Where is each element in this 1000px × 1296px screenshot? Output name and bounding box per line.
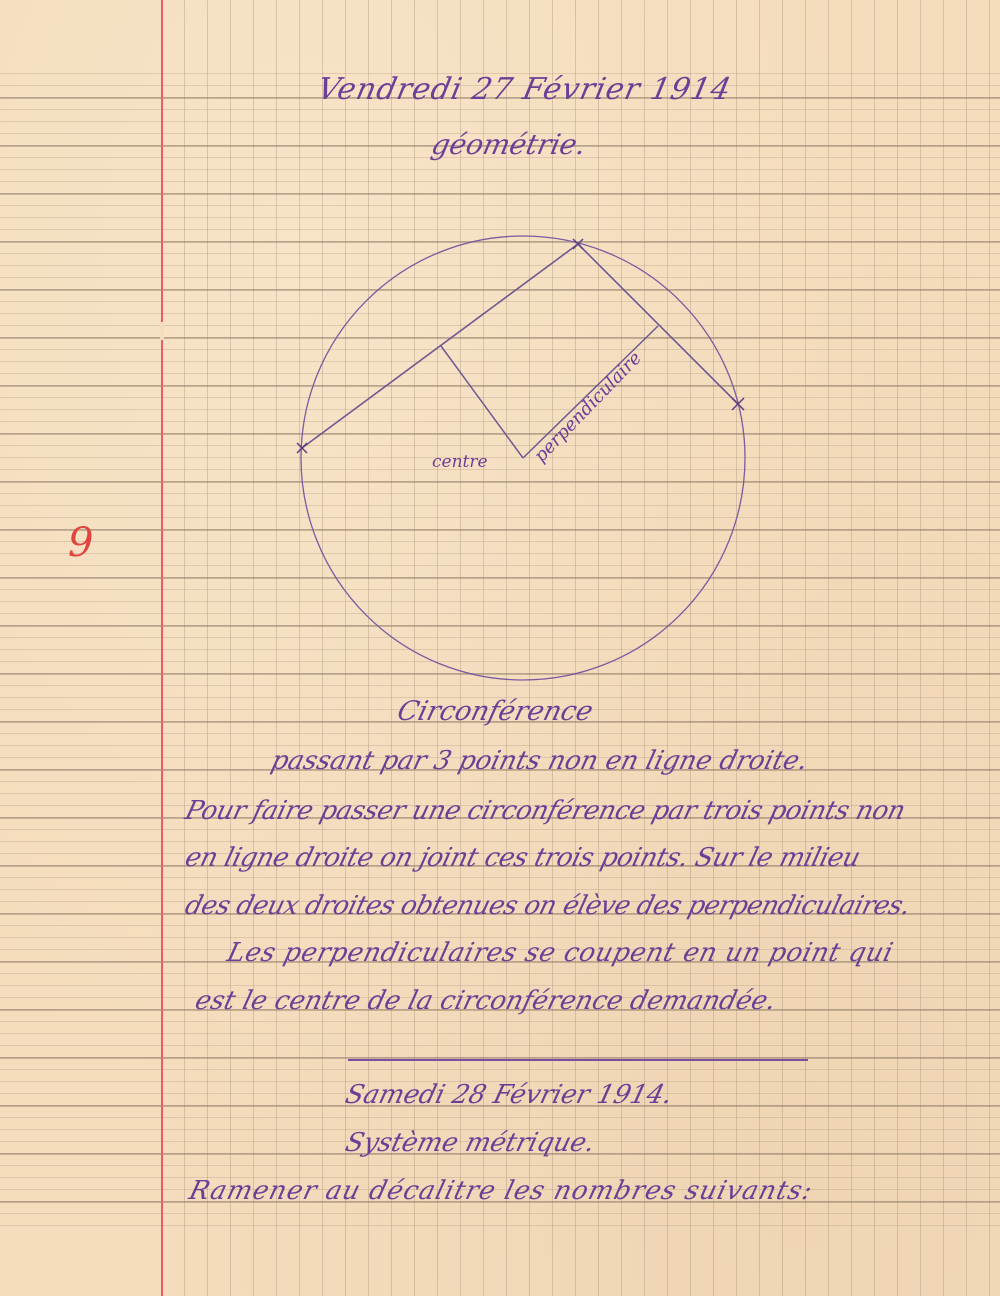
notebook-page: 9 Vendredi 27 Février 1914 géométrie. ce… [0, 0, 1000, 1296]
paragraph-line-3: des deux droites obtenues on élève des p… [182, 891, 913, 921]
lesson1-subheading: passant par 3 points non en ligne droite… [268, 746, 811, 776]
lesson2-instruction: Ramener au décalitre les nombres suivant… [186, 1176, 816, 1206]
perpendicular-left [441, 346, 523, 458]
lesson1-heading: Circonférence [394, 696, 596, 727]
paragraph-line-5: est le centre de la circonférence demand… [192, 986, 779, 1016]
paragraph-line-2: en ligne droite on joint ces trois point… [182, 843, 863, 873]
label-centre: centre [432, 452, 488, 472]
lesson2-subject: Système métrique. [342, 1128, 598, 1158]
chord-left [302, 244, 578, 448]
paragraph-line-4: Les perpendiculaires se coupent en un po… [224, 938, 896, 968]
point-marker-3 [732, 398, 744, 410]
lesson2-date: Samedi 28 Février 1914. [342, 1080, 675, 1110]
paragraph-line-1: Pour faire passer une circonférence par … [182, 796, 908, 826]
section-divider [348, 1059, 808, 1061]
